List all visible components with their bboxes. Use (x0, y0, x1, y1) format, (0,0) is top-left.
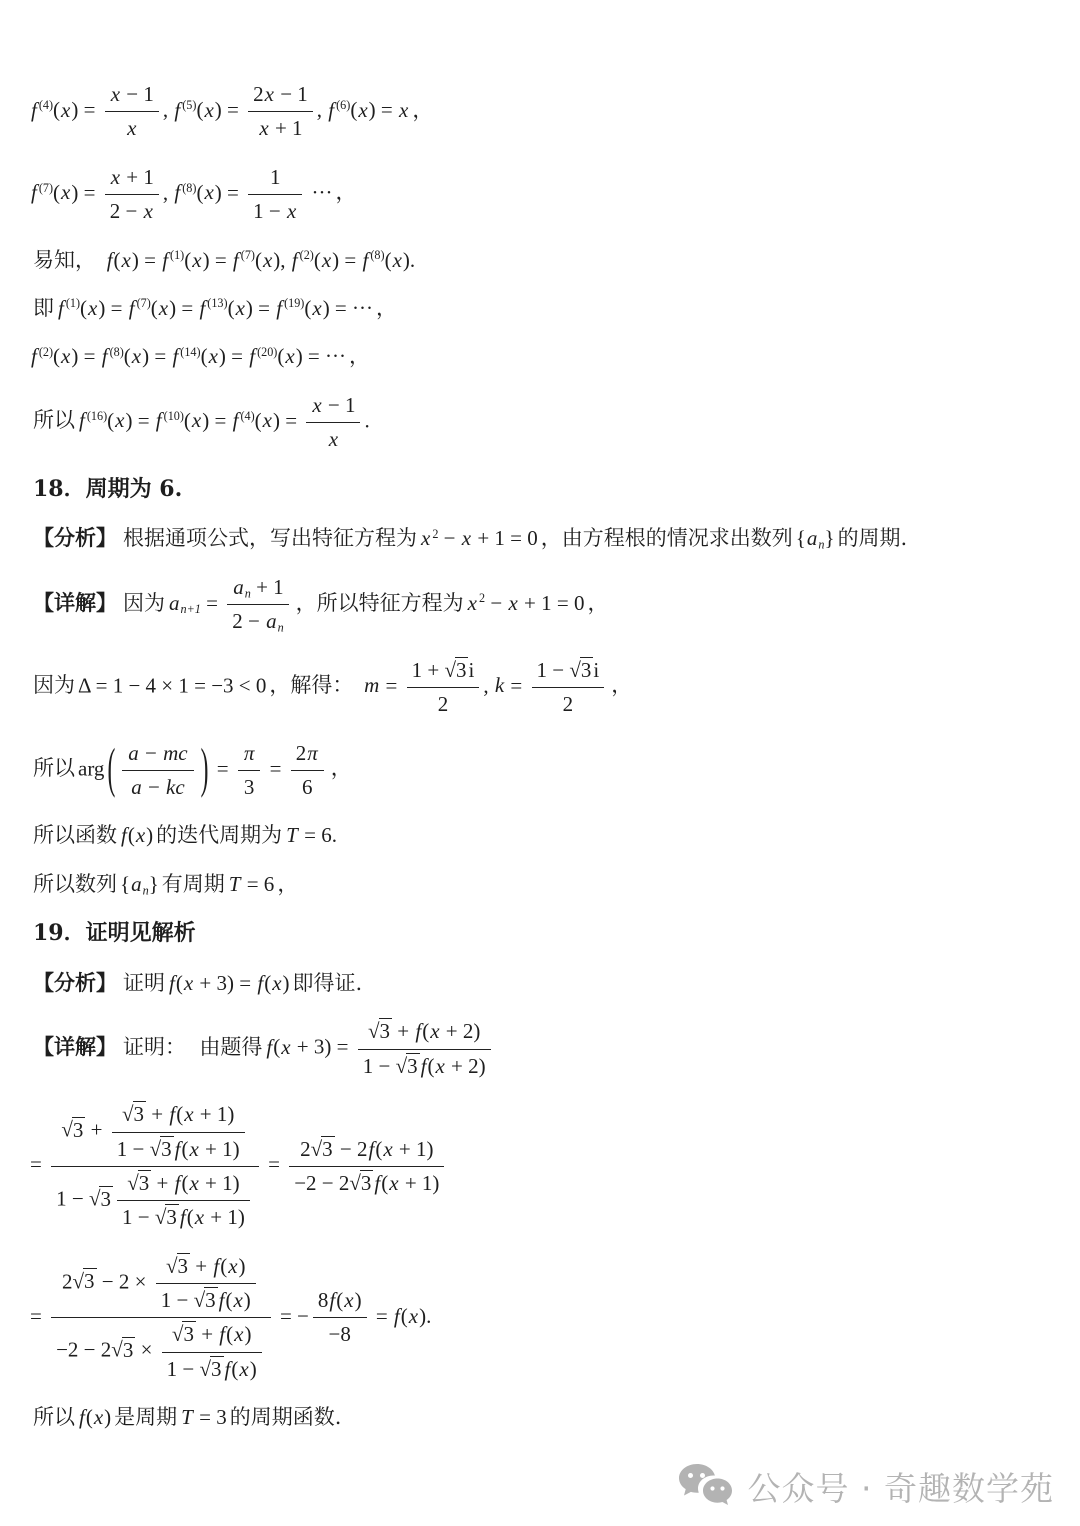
math-variable: x (88, 296, 97, 320)
math-text: − (438, 526, 460, 550)
label-text: 【分析】 (33, 525, 117, 550)
math-variable: x (61, 180, 70, 204)
sqrt-radical: √3 (111, 1337, 135, 1362)
math-text: + 1 = 0 (519, 591, 585, 615)
wechat-icon (677, 1462, 733, 1510)
math-variable: x (189, 1137, 198, 1161)
math-text: − (485, 591, 507, 615)
math-text: ) = (369, 98, 398, 122)
math-variable: x (287, 199, 296, 223)
math-text: ( (124, 344, 131, 368)
math-variable: x (132, 344, 141, 368)
math-variable: x (409, 1304, 418, 1328)
fraction: x − 1x (306, 391, 360, 455)
math-variable: f (121, 823, 127, 847)
math-text: ( (201, 344, 208, 368)
math-text: 2 (438, 692, 449, 716)
math-text: = (30, 1304, 47, 1328)
math-variable: a (233, 575, 244, 599)
math-variable: f (421, 1054, 427, 1078)
math-text: + 2) (446, 1054, 486, 1078)
math-variable: f (169, 1102, 175, 1126)
math-text: ) = (71, 344, 100, 368)
math-variable: mc (163, 741, 188, 765)
superscript: (6) (336, 98, 350, 112)
cjk-text: 是周期 (114, 1405, 177, 1429)
math-variable: a (807, 526, 818, 550)
superscript: (7) (137, 296, 151, 310)
math-variable: x (281, 1035, 290, 1059)
superscript: (2) (300, 248, 314, 262)
sqrt-radical: √3 (311, 1136, 335, 1161)
sqrt-radical: √3 (166, 1253, 190, 1278)
math-variable: f (172, 344, 178, 368)
math-variable: x (144, 199, 153, 223)
math-text: 1 − (122, 1205, 155, 1229)
math-text: ( (381, 1171, 388, 1195)
math-text: ( (255, 408, 262, 432)
math-text: 1 − (537, 658, 570, 682)
math-text: + (146, 1102, 168, 1126)
line-yizhi: 易知， f(x) = f(1)(x) = f(7)(x), f(2)(x) = … (30, 246, 1044, 275)
math-text: 3 (139, 1171, 150, 1195)
math-text: + 2) (441, 1019, 481, 1043)
sqrt-radical: √3 (172, 1321, 196, 1346)
math-text: ) (283, 971, 290, 995)
math-variable: x (312, 296, 321, 320)
line-conclusion: 所以f(x)是周期T = 3的周期函数. (30, 1403, 1044, 1432)
sqrt-radical: √3 (444, 657, 468, 682)
math-text: ( (53, 344, 60, 368)
math-text: 3 (84, 1269, 95, 1293)
label-text: 【详解】 (33, 590, 117, 615)
math-text: + 1 = 0 (472, 526, 538, 550)
math-variable: x (239, 1357, 248, 1381)
math-text: 1 − (117, 1137, 150, 1161)
math-variable: f (213, 1254, 219, 1278)
cjk-text: 的周期. (838, 526, 908, 550)
math-text: ( (375, 1137, 382, 1161)
math-variable: x (111, 165, 120, 189)
label-text: 19．证明见解析 (33, 920, 196, 946)
math-text: + 3) = (194, 971, 256, 995)
math-text: 3 (161, 1137, 172, 1161)
superscript: (7) (39, 181, 53, 195)
cjk-text: ， (331, 756, 352, 780)
math-text: −8 (329, 1322, 351, 1346)
cjk-text: 即 (33, 296, 54, 320)
math-variable: x (322, 248, 331, 272)
math-text: 6 (302, 775, 313, 799)
detail-19: 【详解】证明： 由题得f(x + 3) = √3 + f(x + 2)1 − √… (30, 1017, 1044, 1081)
math-variable: f (199, 296, 205, 320)
math-text: ( (151, 296, 158, 320)
fraction: x + 12 − x (105, 163, 159, 227)
answer-18: 18．周期为 6. (30, 474, 1044, 505)
math-text: + (392, 1019, 414, 1043)
answer-19: 19．证明见解析 (30, 918, 1044, 949)
math-variable: x (184, 1102, 193, 1126)
math-variable: x (430, 1019, 439, 1043)
math-text: 3 (178, 1254, 189, 1278)
math-text: 3 (407, 1054, 418, 1078)
math-text: i (468, 658, 474, 682)
math-variable: f (31, 98, 37, 122)
math-text: + 1 (121, 165, 154, 189)
superscript: (16) (87, 409, 107, 423)
superscript: (8) (182, 181, 196, 195)
math-text: ) (244, 1288, 251, 1312)
math-text: ), (273, 248, 291, 272)
math-variable: x (61, 98, 70, 122)
cjk-text: 的周期函数. (230, 1405, 342, 1429)
math-variable: x (192, 248, 201, 272)
superscript: (1) (170, 248, 184, 262)
math-text: ( (196, 180, 203, 204)
math-text: , (317, 98, 328, 122)
math-text: + (196, 1322, 218, 1346)
cjk-text: ， (611, 673, 632, 697)
math-text: = (30, 1152, 47, 1176)
math-text: = − (275, 1304, 309, 1328)
math-variable: x (233, 1288, 242, 1312)
fraction: √3 + f(x + 1)1 − √3f(x + 1) (112, 1100, 245, 1164)
math-text: ··· (306, 180, 332, 204)
math-variable: f (174, 180, 180, 204)
subscript: n+1 (181, 602, 201, 616)
math-variable: T (181, 1405, 193, 1429)
superscript: (10) (164, 409, 184, 423)
fraction: x − 1x (105, 80, 159, 144)
math-text: 3 (244, 775, 255, 799)
math-text: = (263, 1152, 285, 1176)
math-text: 1 − (56, 1187, 89, 1211)
math-variable: f (225, 1357, 231, 1381)
math-text: = 3 (194, 1405, 227, 1429)
math-variable: x (204, 180, 213, 204)
superscript: (20) (257, 345, 277, 359)
superscript: (14) (180, 345, 200, 359)
math-text: ( (107, 408, 114, 432)
math-text: ( (385, 248, 392, 272)
math-variable: f (328, 98, 334, 122)
sqrt-radical: √3 (569, 657, 593, 682)
fraction: 2π6 (291, 739, 324, 803)
math-text: ( (422, 1019, 429, 1043)
math-variable: f (329, 1288, 335, 1312)
eq-f2-chain: f(2)(x) = f(8)(x) = f(14)(x) = f(20)(x) … (30, 342, 1044, 371)
math-text: 1 − (363, 1054, 396, 1078)
math-variable: x (508, 591, 517, 615)
math-text: 3 (134, 1102, 145, 1126)
math-text: 2 (296, 741, 307, 765)
math-text: ( (314, 248, 321, 272)
math-text: − 1 (275, 82, 308, 106)
math-text: ( (181, 1171, 188, 1195)
math-variable: f (169, 971, 175, 995)
sqrt-radical: √3 (155, 1204, 179, 1229)
math-variable: x (184, 971, 193, 995)
math-text: ( (184, 408, 191, 432)
line-iter-period: 所以函数f(x)的迭代周期为T = 6. (30, 821, 1044, 850)
math-text: ( (277, 344, 284, 368)
fraction: 2x − 1x + 1 (248, 80, 313, 144)
math-text: ) (104, 1405, 111, 1429)
math-variable: f (292, 248, 298, 272)
math-variable: x (195, 1205, 204, 1229)
line-arg: 所以arg(a − mca − kc) = π3 = 2π6， (30, 739, 1044, 803)
math-text: ) = (332, 248, 361, 272)
math-variable: x (136, 823, 145, 847)
cjk-text: 易知， (33, 248, 103, 272)
math-text: ( (427, 1054, 434, 1078)
math-text: ) = (71, 98, 100, 122)
math-text: = (211, 756, 233, 780)
math-text: + 1) (195, 1102, 235, 1126)
math-text: ( (187, 1205, 194, 1229)
math-text: 3 (322, 1137, 333, 1161)
math-text: ( (114, 248, 121, 272)
superscript: (8) (370, 248, 384, 262)
superscript: (5) (182, 98, 196, 112)
math-variable: f (394, 1304, 400, 1328)
math-variable: f (102, 344, 108, 368)
math-text: 2 − (232, 609, 265, 633)
eq-step-1: = √3 + √3 + f(x + 1)1 − √3f(x + 1)1 − √3… (30, 1100, 1044, 1233)
math-text: ) = (202, 408, 231, 432)
superscript: (4) (39, 98, 53, 112)
math-text: ( (350, 98, 357, 122)
math-text: 1 − (253, 199, 286, 223)
math-variable: f (58, 296, 64, 320)
math-variable: T (286, 823, 298, 847)
document-body: f(4)(x) = x − 1x, f(5)(x) = 2x − 1x + 1,… (0, 0, 1080, 1433)
math-text: ( (128, 823, 135, 847)
math-text: ) (244, 1322, 251, 1346)
math-text: , (163, 98, 174, 122)
math-text: 2 (62, 1269, 73, 1293)
math-text: ( (176, 1102, 183, 1126)
math-variable: f (79, 408, 85, 432)
math-variable: x (127, 116, 136, 140)
label-text: 18．周期为 6. (33, 476, 182, 502)
math-variable: x (358, 98, 367, 122)
fraction: a − mca − kc (122, 739, 193, 803)
math-variable: f (219, 1322, 225, 1346)
cjk-text: 即得证. (293, 971, 363, 995)
line-delta: 因为Δ = 1 − 4 × 1 = −3 < 0，解得： m = 1 + √3i… (30, 656, 1044, 720)
math-variable: x (111, 82, 120, 106)
math-variable: f (31, 344, 37, 368)
math-variable: f (162, 248, 168, 272)
math-text: 3 (211, 1357, 222, 1381)
math-text: ( (225, 1288, 232, 1312)
fraction: √3 + √3 + f(x + 1)1 − √3f(x + 1)1 − √3√3… (51, 1100, 259, 1233)
math-variable: x (259, 116, 268, 140)
math-variable: x (122, 248, 131, 272)
math-variable: x (189, 1171, 198, 1195)
fraction: 11 − x (248, 163, 302, 227)
line-seq-period: 所以数列{an}有周期T = 6， (30, 870, 1044, 899)
fraction: 1 + √3i2 (407, 656, 480, 720)
math-variable: x (393, 248, 402, 272)
superscript: (1) (66, 296, 80, 310)
fraction: 2√3 − 2 × √3 + f(x)1 − √3f(x)−2 − 2√3 × … (51, 1252, 271, 1385)
footer-label: 公众号 · 奇趣数学苑 (748, 1463, 1054, 1510)
cjk-text: ，解得： (269, 673, 360, 697)
math-text: 2 (563, 692, 574, 716)
cjk-text: ， (412, 98, 433, 122)
math-text: 2 (253, 82, 264, 106)
cjk-text: 所以 (33, 408, 75, 432)
cjk-text: 证明： 由题得 (123, 1035, 262, 1059)
math-variable: T (229, 872, 241, 896)
fraction: √3 + f(x + 1)1 − √3f(x + 1) (117, 1169, 250, 1233)
math-variable: f (249, 344, 255, 368)
cjk-text: 所以函数 (33, 823, 117, 847)
math-text: + 1) (400, 1171, 440, 1195)
superscript: (2) (39, 345, 53, 359)
math-text: ) = (142, 344, 171, 368)
footer-watermark: 公众号 · 奇趣数学苑 (677, 1462, 1054, 1510)
cjk-text: ， (587, 591, 608, 615)
math-text: 1 − (161, 1288, 194, 1312)
math-text: ( (264, 971, 271, 995)
sqrt-radical: √3 (396, 1053, 420, 1078)
math-text: × (135, 1338, 157, 1362)
math-variable: x (115, 408, 124, 432)
sqrt-radical: √3 (349, 1170, 373, 1195)
analysis-18: 【分析】根据通项公式，写出特征方程为x2 − x + 1 = 0，由方程根的情况… (30, 523, 1044, 553)
sqrt-radical: √3 (89, 1186, 113, 1211)
cjk-text: ， (376, 296, 397, 320)
math-variable: f (233, 248, 239, 272)
math-text: ) = (246, 296, 275, 320)
cjk-text: 根据通项公式，写出特征方程为 (123, 526, 417, 550)
math-text: ( (336, 1288, 343, 1312)
math-text: ). (403, 248, 415, 272)
math-text: ) = (215, 180, 244, 204)
math-variable: f (156, 408, 162, 432)
math-variable: f (107, 248, 113, 272)
math-text: , (483, 673, 494, 697)
eq-f7-f8: f(7)(x) = x + 12 − x, f(8)(x) = 11 − x ·… (30, 163, 1044, 227)
math-variable: f (129, 296, 135, 320)
fraction: an + 12 − an (227, 573, 288, 637)
math-text: ( (228, 296, 235, 320)
math-text: + 3) = (292, 1035, 354, 1059)
line-ji: 即f(1)(x) = f(7)(x) = f(13)(x) = f(19)(x)… (30, 294, 1044, 323)
math-variable: f (415, 1019, 421, 1043)
math-variable: a (266, 609, 277, 633)
fraction: π3 (238, 739, 261, 803)
math-text: ( (220, 1254, 227, 1278)
math-variable: f (31, 180, 37, 204)
math-text: + 1) (394, 1137, 434, 1161)
math-variable: x (61, 344, 70, 368)
math-variable: x (159, 296, 168, 320)
math-variable: π (244, 741, 255, 765)
math-text: ) (146, 823, 153, 847)
math-text: 3 (456, 658, 467, 682)
fraction: 8f(x)−8 (313, 1286, 367, 1350)
superscript: (19) (284, 296, 304, 310)
math-variable: x (263, 408, 272, 432)
math-variable: x (389, 1171, 398, 1195)
math-text: ( (80, 296, 87, 320)
math-variable: x (383, 1137, 392, 1161)
line-suoyi-f16: 所以f(16)(x) = f(10)(x) = f(4)(x) = x − 1x… (30, 391, 1044, 455)
math-variable: x (228, 1254, 237, 1278)
analysis-19: 【分析】证明f(x + 3) = f(x)即得证. (30, 968, 1044, 998)
math-text: ( (226, 1322, 233, 1346)
math-text: = (380, 673, 402, 697)
math-text: { (796, 526, 806, 550)
math-text: ( (176, 971, 183, 995)
math-variable: x (209, 344, 218, 368)
math-variable: a (131, 872, 142, 896)
math-text: ) (250, 1357, 257, 1381)
math-variable: x (285, 344, 294, 368)
math-variable: x (263, 248, 272, 272)
math-text: ) = (203, 248, 232, 272)
sqrt-radical: √3 (150, 1136, 174, 1161)
fraction: √3 + f(x)1 − √3f(x) (156, 1252, 256, 1316)
math-variable: x (192, 408, 201, 432)
math-variable: x (236, 296, 245, 320)
math-text: ). (419, 1304, 431, 1328)
math-variable: x (312, 393, 321, 417)
math-text: = (201, 591, 223, 615)
sqrt-radical: √3 (194, 1287, 218, 1312)
math-text: = (505, 673, 527, 697)
math-text: 3 (581, 658, 592, 682)
superscript: (13) (207, 296, 227, 310)
math-variable: f (266, 1035, 272, 1059)
math-text: ( (184, 248, 191, 272)
math-text: −2 − 2 (294, 1171, 349, 1195)
math-variable: x (435, 1054, 444, 1078)
math-text: − 2 (335, 1137, 368, 1161)
math-variable: x (329, 427, 338, 451)
fraction: √3 + f(x)1 − √3f(x) (162, 1320, 262, 1384)
math-text: + 1) (200, 1171, 240, 1195)
math-text: + 1) (205, 1205, 245, 1229)
math-text: − 2 × (97, 1269, 152, 1293)
cjk-text: 所以 (33, 756, 75, 780)
math-text: ) = (219, 344, 248, 368)
math-text: ) = (273, 408, 302, 432)
math-text: ( (255, 248, 262, 272)
math-text: arg (78, 756, 104, 780)
math-text: ) = (215, 98, 244, 122)
math-variable: x (462, 526, 471, 550)
math-variable: f (174, 98, 180, 122)
cjk-text: 的迭代周期为 (156, 823, 282, 847)
math-text: = 6. (299, 823, 337, 847)
label-text: 【分析】 (33, 970, 117, 995)
math-variable: f (276, 296, 282, 320)
math-text: i (593, 658, 599, 682)
math-text: = (264, 756, 286, 780)
math-text: , (163, 180, 174, 204)
sqrt-radical: √3 (122, 1101, 146, 1126)
math-text: + (151, 1171, 173, 1195)
math-variable: a (131, 775, 142, 799)
math-variable: m (364, 673, 379, 697)
math-variable: f (175, 1137, 181, 1161)
math-text: + 1 (251, 575, 284, 599)
